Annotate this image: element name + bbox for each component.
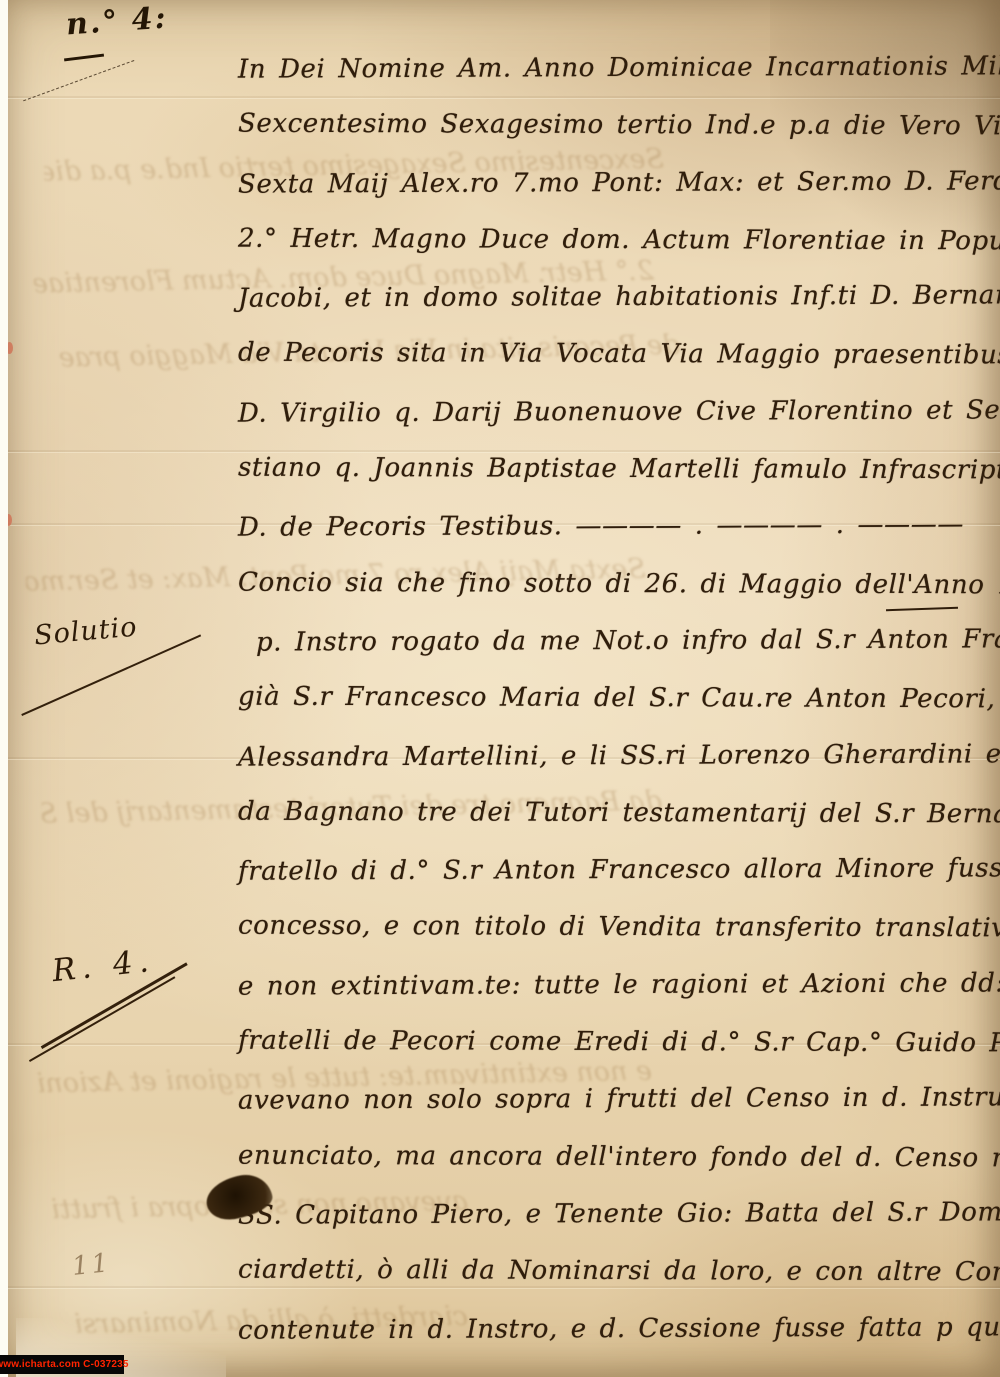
manuscript-line: avevano non solo sopra i frutti del Cens… xyxy=(238,1070,1000,1131)
manuscript-line: e non extintivam.te: tutte le ragioni et… xyxy=(238,955,1000,1016)
margin-note-folio: 11 xyxy=(71,1248,113,1282)
manuscript-line: p. Instro rogato da me Not.o infro dal S… xyxy=(238,611,1000,672)
manuscript-line: Sexta Maij Alex.ro 7.mo Pont: Max: et Se… xyxy=(238,153,1000,214)
manuscript-line: 2.° Hetr. Magno Duce dom. Actum Florenti… xyxy=(238,211,1000,271)
manuscript-line: da Bagnano tre dei Tutori testamentarij … xyxy=(238,784,1000,844)
manuscript-line: contenute in d. Instro, e d. Cessione fu… xyxy=(238,1299,1000,1360)
watermark-text: www.icharta.com C-037235 xyxy=(0,1359,129,1370)
manuscript-line: Alessandra Martellini, e li SS.ri Lorenz… xyxy=(238,726,1000,787)
scanner-background-strip xyxy=(0,0,8,1377)
manuscript-line: Concio sia che fino sotto di 26. di Magg… xyxy=(238,554,1000,614)
manuscript-text-block: In Dei Nomine Am. Anno Dominicae Incarna… xyxy=(238,40,1000,1358)
margin-note-r4: R. 4. xyxy=(50,943,156,990)
document-scan: Sexcentesimo Sexagesimo tertio Ind.e p.a… xyxy=(0,0,1000,1377)
manuscript-line: fratello di d.° S.r Anton Francesco allo… xyxy=(238,840,1000,901)
corner-dash-stroke xyxy=(64,54,104,61)
manuscript-line: stiano q. Joannis Baptistae Martelli fam… xyxy=(238,440,1000,500)
manuscript-line: Sexcentesimo Sexagesimo tertio Ind.e p.a… xyxy=(238,96,1000,156)
manuscript-line: D. de Pecoris Testibus. ———— . ———— . ——… xyxy=(238,497,1000,558)
manuscript-line: SS. Capitano Piero, e Tenente Gio: Batta… xyxy=(238,1184,1000,1245)
corner-number-annotation: n.° 4: xyxy=(65,0,169,42)
manuscript-line: ciardetti, ò alli da Nominarsi da loro, … xyxy=(238,1242,1000,1302)
manuscript-line: Jacobi, et in domo solitae habitationis … xyxy=(238,268,1000,329)
manuscript-page: Sexcentesimo Sexagesimo tertio Ind.e p.a… xyxy=(8,0,1000,1377)
r4-flourish-stroke xyxy=(29,976,176,1062)
manuscript-line: concesso, e con titolo di Vendita transf… xyxy=(238,898,1000,958)
manuscript-line: de Pecoris sita in Via Vocata Via Maggio… xyxy=(238,325,1000,385)
manuscript-line: In Dei Nomine Am. Anno Dominicae Incarna… xyxy=(238,38,1000,99)
manuscript-line: D. Virgilio q. Darij Buonenuove Cive Flo… xyxy=(238,382,1000,443)
manuscript-line: fratelli de Pecori come Eredi di d.° S.r… xyxy=(238,1013,1000,1073)
manuscript-line: enunciato, ma ancora dell'intero fondo d… xyxy=(238,1127,1000,1187)
margin-note-solutio: Solutio xyxy=(33,612,139,652)
watermark-bar: www.icharta.com C-037235 xyxy=(0,1355,124,1374)
manuscript-line: già S.r Francesco Maria del S.r Cau.re A… xyxy=(238,669,1000,729)
